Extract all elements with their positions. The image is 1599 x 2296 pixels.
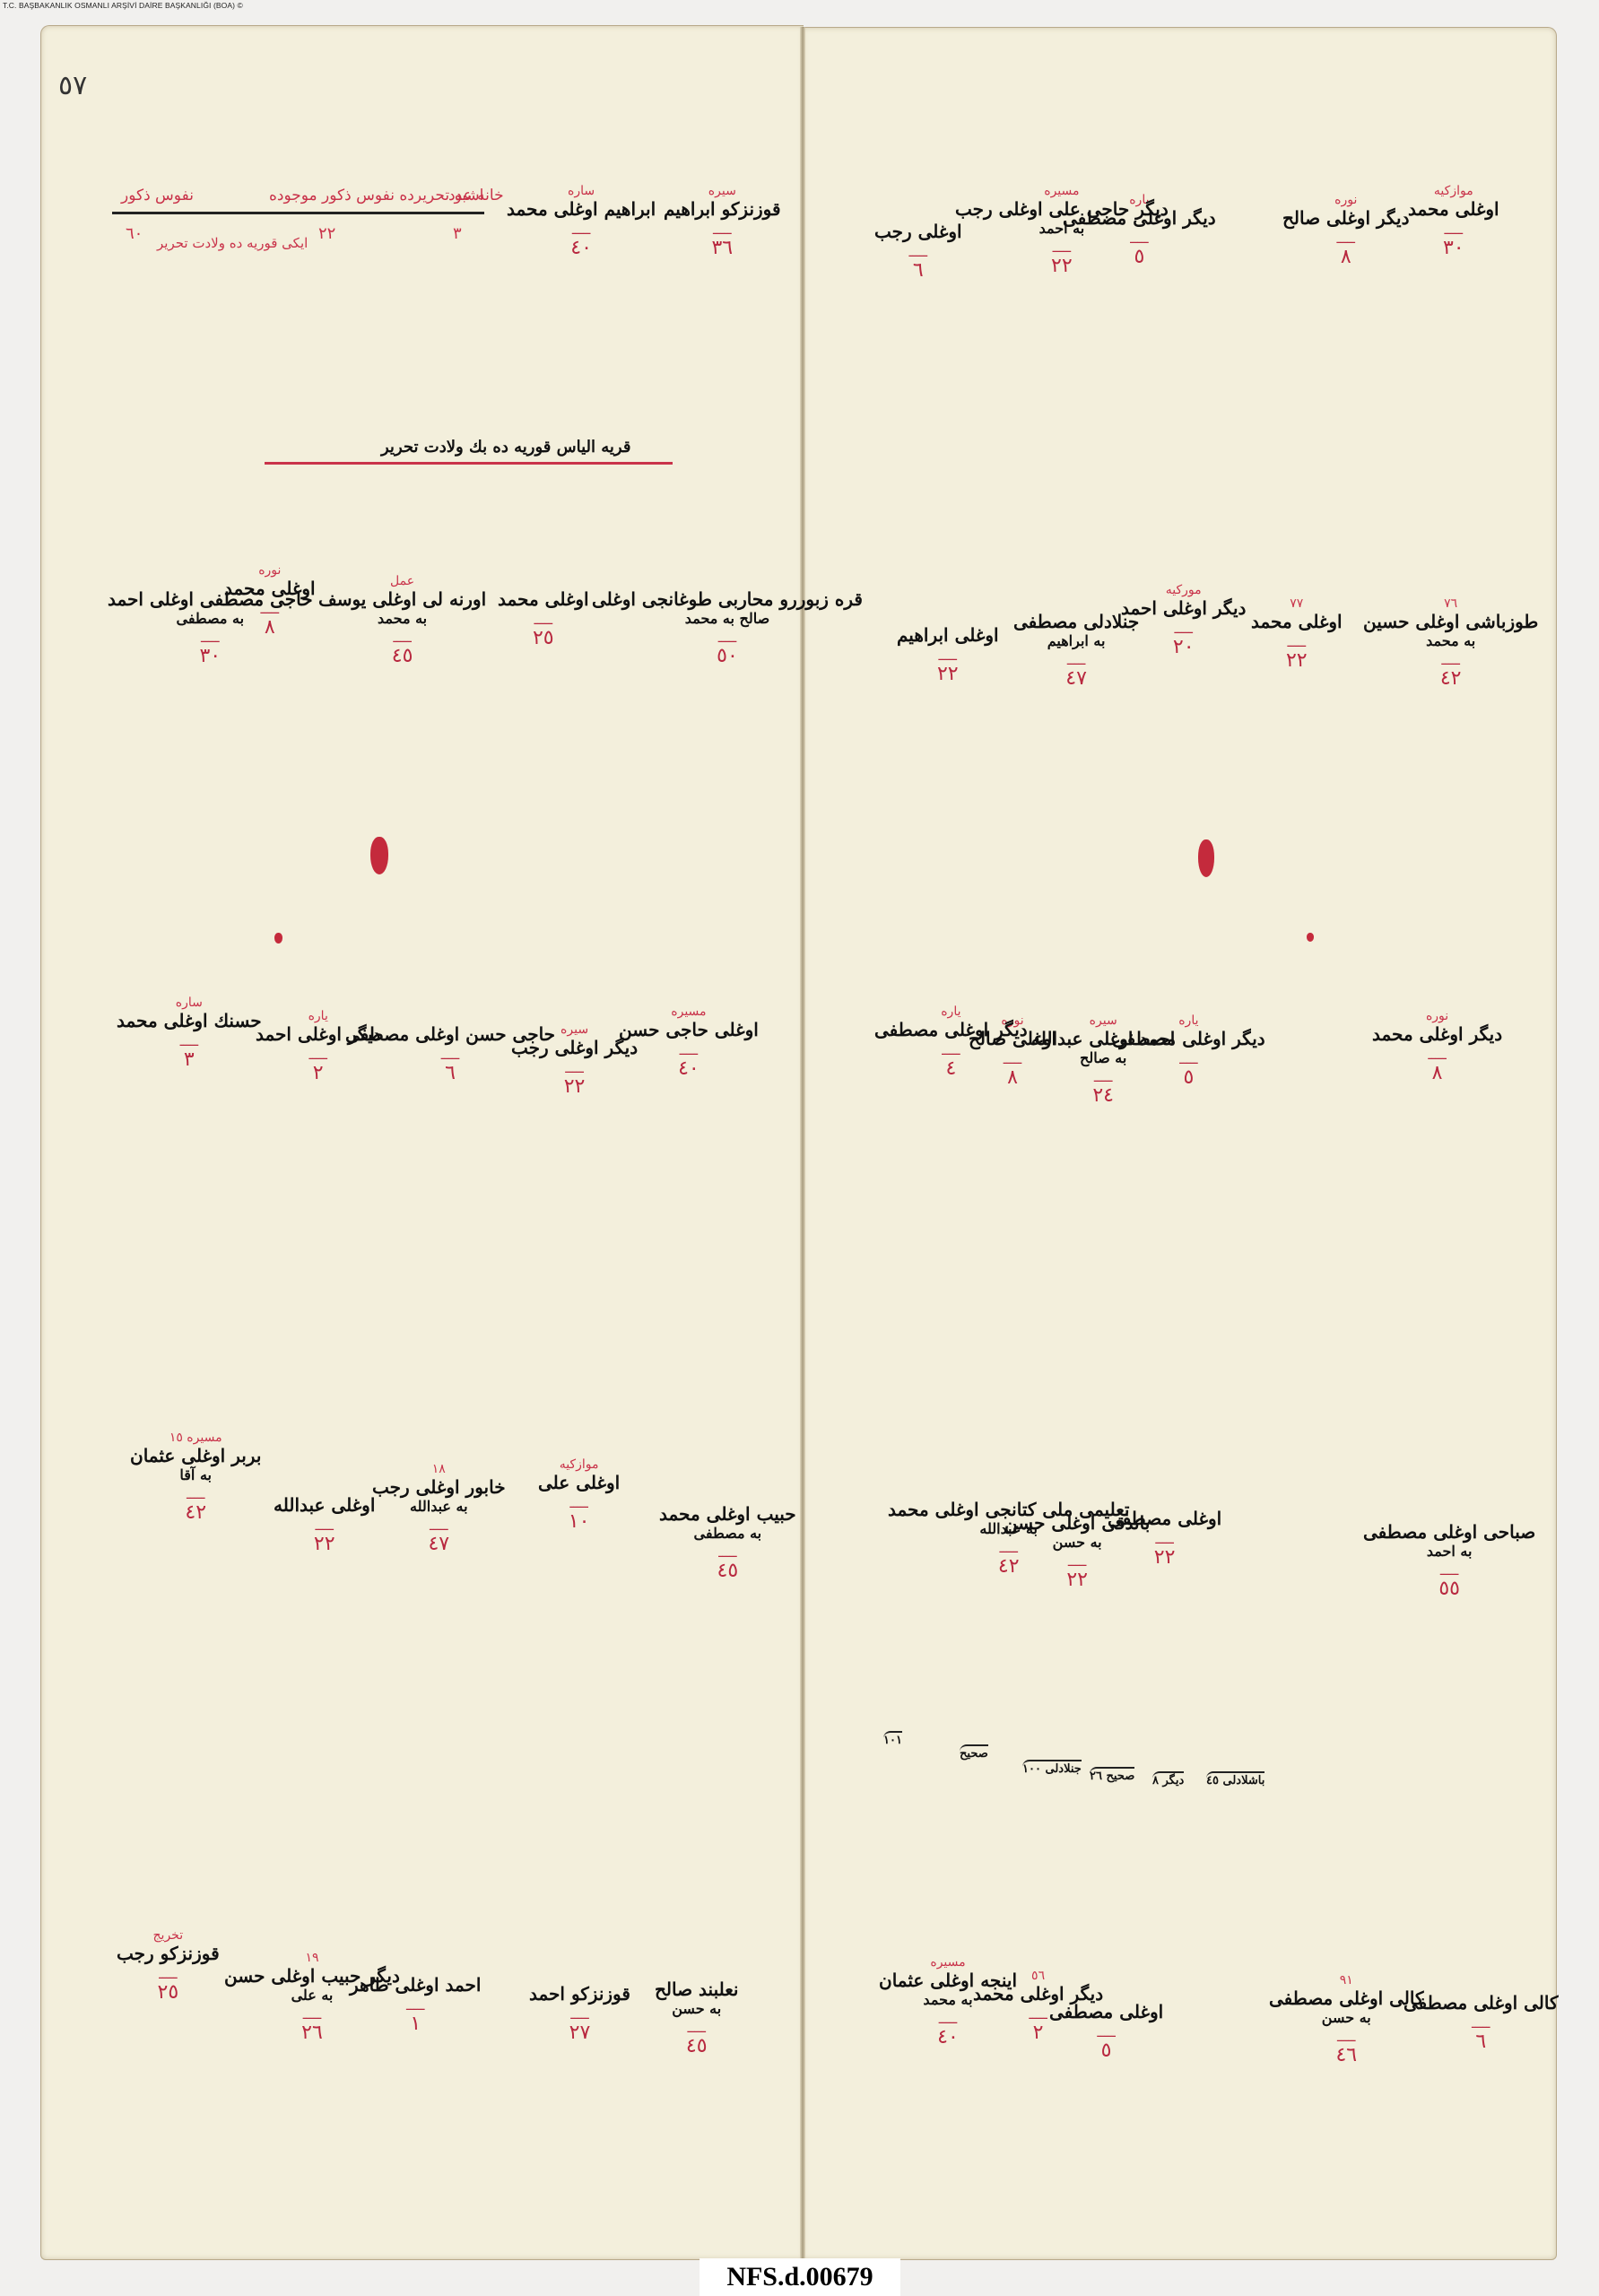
register-entry: ساره ابراهیم اوغلی محمد ـــــ ٤٠ xyxy=(507,184,656,259)
register-entry: عمل اورنه لی اوغلی یوسف به محمد ـــــ ٤٥ xyxy=(318,574,486,667)
register-entry: نوره دیگر اوغلی صالح ـــــ ٨ xyxy=(1282,193,1410,268)
section-title: قریه الیاس قوریه ده بك ولادت تحریر xyxy=(381,438,630,457)
register-entry: ٧٦ طوزباشی اوغلی حسین به محمد ـــــ ٤٢ xyxy=(1363,596,1538,690)
register-entry: ساره حسنك اوغلی محمد ـــــ ٣ xyxy=(117,996,262,1071)
register-entry: سیره قوزنزکو ابراهیم ـــــ ٣٦ xyxy=(664,184,781,259)
red-wax-blot xyxy=(370,837,388,874)
archive-watermark: T.C. BAŞBAKANLIK OSMANLI ARŞİVİ DAİRE BA… xyxy=(3,1,243,10)
annotation-note: ١٠١ xyxy=(883,1731,902,1747)
document-reference-caption: NFS.d.00679 xyxy=(700,2258,900,2296)
header-value-households: ٣ xyxy=(453,224,462,243)
register-entry: اوغلی ابراهیم ـــــ ٢٢ xyxy=(897,610,999,685)
register-entry: مسیره اوغلی حاجی حسن ـــــ ٤٠ xyxy=(619,1004,759,1080)
annotation-note: جنلادلی ١٠٠ xyxy=(1022,1760,1082,1776)
register-entry: ٩١ کالی اوغلی مصطفی به حسن ـــــ ٤٦ xyxy=(1269,1973,1424,2066)
header-subtotal: ٢٢ xyxy=(318,224,335,243)
register-entry: مسیره ١٥ بربر اوغلی عثمان به آقا ـــــ ٤… xyxy=(130,1431,261,1524)
right-page xyxy=(803,27,1557,2260)
register-entry: اوغلی رجب ـــــ ٦ xyxy=(874,206,962,282)
register-entry: مورکیه دیگر اوغلی احمد ـــــ ٢٠ xyxy=(1121,583,1246,658)
register-entry: قوزنزکو احمد ـــــ ٢٧ xyxy=(529,1969,630,2044)
register-entry: صباحی اوغلی مصطفی به احمد ـــــ ٥٥ xyxy=(1363,1507,1535,1600)
annotation-note: باشلادلی ٤٥ xyxy=(1206,1771,1264,1787)
register-entry: اوغلی عبدالله ـــــ ٢٢ xyxy=(274,1480,375,1555)
register-entry: قره زبوررو محاربی طوغانجی اوغلی صالح به … xyxy=(592,574,863,667)
header-label-households: خانه عدد xyxy=(448,187,504,204)
register-entry: ٧٧ اوغلی محمد ـــــ ٢٢ xyxy=(1251,596,1343,672)
register-entry: یاره دیگر اوغلی احمد ـــــ ٢ xyxy=(256,1009,380,1084)
red-ink-dot xyxy=(274,933,282,944)
left-page xyxy=(40,25,804,2260)
annotation-note: صحیح xyxy=(960,1744,988,1761)
register-entry: اوغلی محمد ـــــ ٢٥ xyxy=(498,574,589,649)
header-rule xyxy=(112,212,484,214)
header-label-male-souls: نفوس ذکور xyxy=(121,187,194,204)
register-entry: یاره دیگر اوغلی مصطفی ـــــ ٤ xyxy=(874,1004,1028,1080)
folio-number: ٥٧ xyxy=(58,70,87,101)
register-entry: نوره دیگر اوغلی محمد ـــــ ٨ xyxy=(1372,1009,1502,1084)
red-wax-blot xyxy=(1198,839,1214,877)
header-subtext: ایکی قوریه ده ولادت تحریر xyxy=(157,235,308,251)
register-entry: جنلادلی مصطفی به ابراهیم ـــــ ٤٧ xyxy=(1013,596,1139,690)
book-gutter xyxy=(800,27,805,2258)
register-entry: حاجی مصطفی اوغلی احمد به مصطفی ـــــ ٣٠ xyxy=(108,574,313,667)
annotation-note: صحیح ٢٦ xyxy=(1090,1767,1134,1783)
register-entry: موازکیه اوغلی محمد ـــــ ٣٠ xyxy=(1408,184,1499,259)
header-value-males: ٦٠ xyxy=(126,224,143,243)
section-title-rule xyxy=(265,462,673,465)
register-entry: تخریج قوزنزکو رجب ـــــ ٢٥ xyxy=(117,1928,220,2004)
register-entry: مسیره اینجه اوغلی عثمان به محمد ـــــ ٤٠ xyxy=(879,1955,1017,2048)
register-entry: مسیره دیگر حاجی علی اوغلی رجب به احمد ــ… xyxy=(955,184,1169,277)
red-ink-dot xyxy=(1307,933,1314,942)
register-entry: کالی اوغلی مصطفی ـــــ ٦ xyxy=(1403,1978,1559,2053)
annotation-note: دیگر ٨ xyxy=(1152,1771,1184,1787)
register-entry: حبیب اوغلی محمد به مصطفی ـــــ ٤٥ xyxy=(659,1489,796,1582)
register-entry: ١٩ دیگر حبیب اوغلی حسن به علی ـــــ ٢٦ xyxy=(224,1951,400,2044)
register-entry: نعلبند صالح به حسن ـــــ ٤٥ xyxy=(655,1964,738,2057)
register-entry: موازکیه اوغلی علی ـــــ ١٠ xyxy=(538,1457,620,1533)
register-entry: ١٨ خابور اوغلی رجب به عبدالله ـــــ ٤٧ xyxy=(372,1462,506,1555)
register-entry: تعلیمی ملی کتانجی اوغلی محمد به عبدالله … xyxy=(888,1484,1129,1578)
